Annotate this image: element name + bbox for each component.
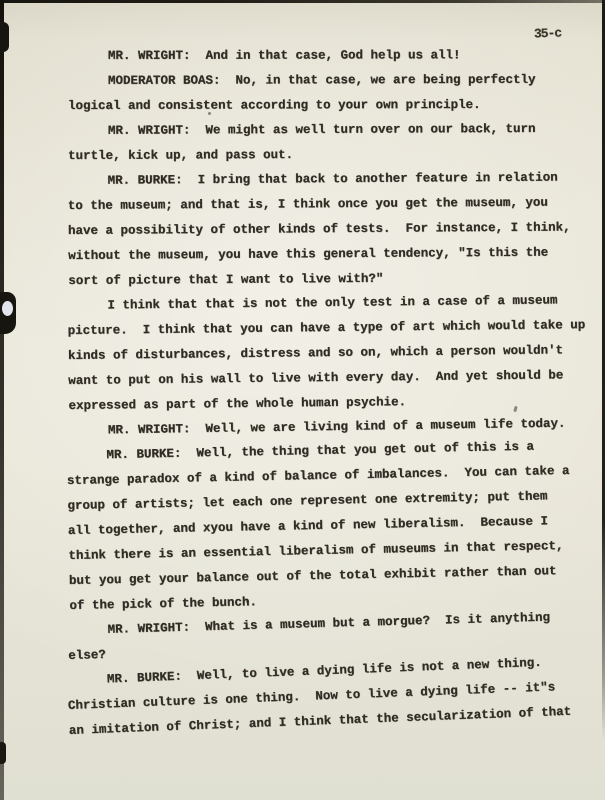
paragraph: MR. BURKE: Well, the thing that you get … bbox=[66, 433, 597, 619]
paragraph: MR. BURKE: I bring that back to another … bbox=[68, 165, 597, 294]
text-line: MODERATOR BOAS: No, in that case, we are… bbox=[68, 68, 596, 94]
text-line: without the museum, you have this genera… bbox=[68, 240, 596, 269]
scan-artifact-top-left bbox=[0, 22, 9, 52]
scan-artifact-bottom-left bbox=[0, 742, 6, 764]
text-line: to the museum; and that is, I think once… bbox=[68, 190, 596, 219]
text-line: have a possibility of other kinds of tes… bbox=[68, 215, 596, 244]
text-line: MR. BURKE: I bring that back to another … bbox=[68, 165, 596, 194]
paragraph: MR. WRIGHT: We might as well turn over o… bbox=[68, 117, 596, 169]
scan-edge-top bbox=[0, 0, 605, 3]
scan-edge-left bbox=[0, 0, 4, 800]
text-line: logical and consistent according to your… bbox=[68, 93, 596, 119]
text-line: MR. WRIGHT: We might as well turn over o… bbox=[68, 117, 596, 144]
page-number: 35-c bbox=[534, 26, 562, 42]
paragraph: I think that that is not the only test i… bbox=[67, 288, 596, 419]
scan-artifact-left-dot bbox=[2, 301, 13, 316]
text-line: MR. WRIGHT: And in that case, God help u… bbox=[68, 43, 596, 69]
paragraph: MR. WRIGHT: And in that case, God help u… bbox=[68, 43, 596, 69]
paragraph: MODERATOR BOAS: No, in that case, we are… bbox=[68, 68, 596, 119]
scanned-page: 35-c MR. WRIGHT: And in that case, God h… bbox=[0, 0, 605, 800]
transcript-text: MR. WRIGHT: And in that case, God help u… bbox=[68, 44, 596, 744]
